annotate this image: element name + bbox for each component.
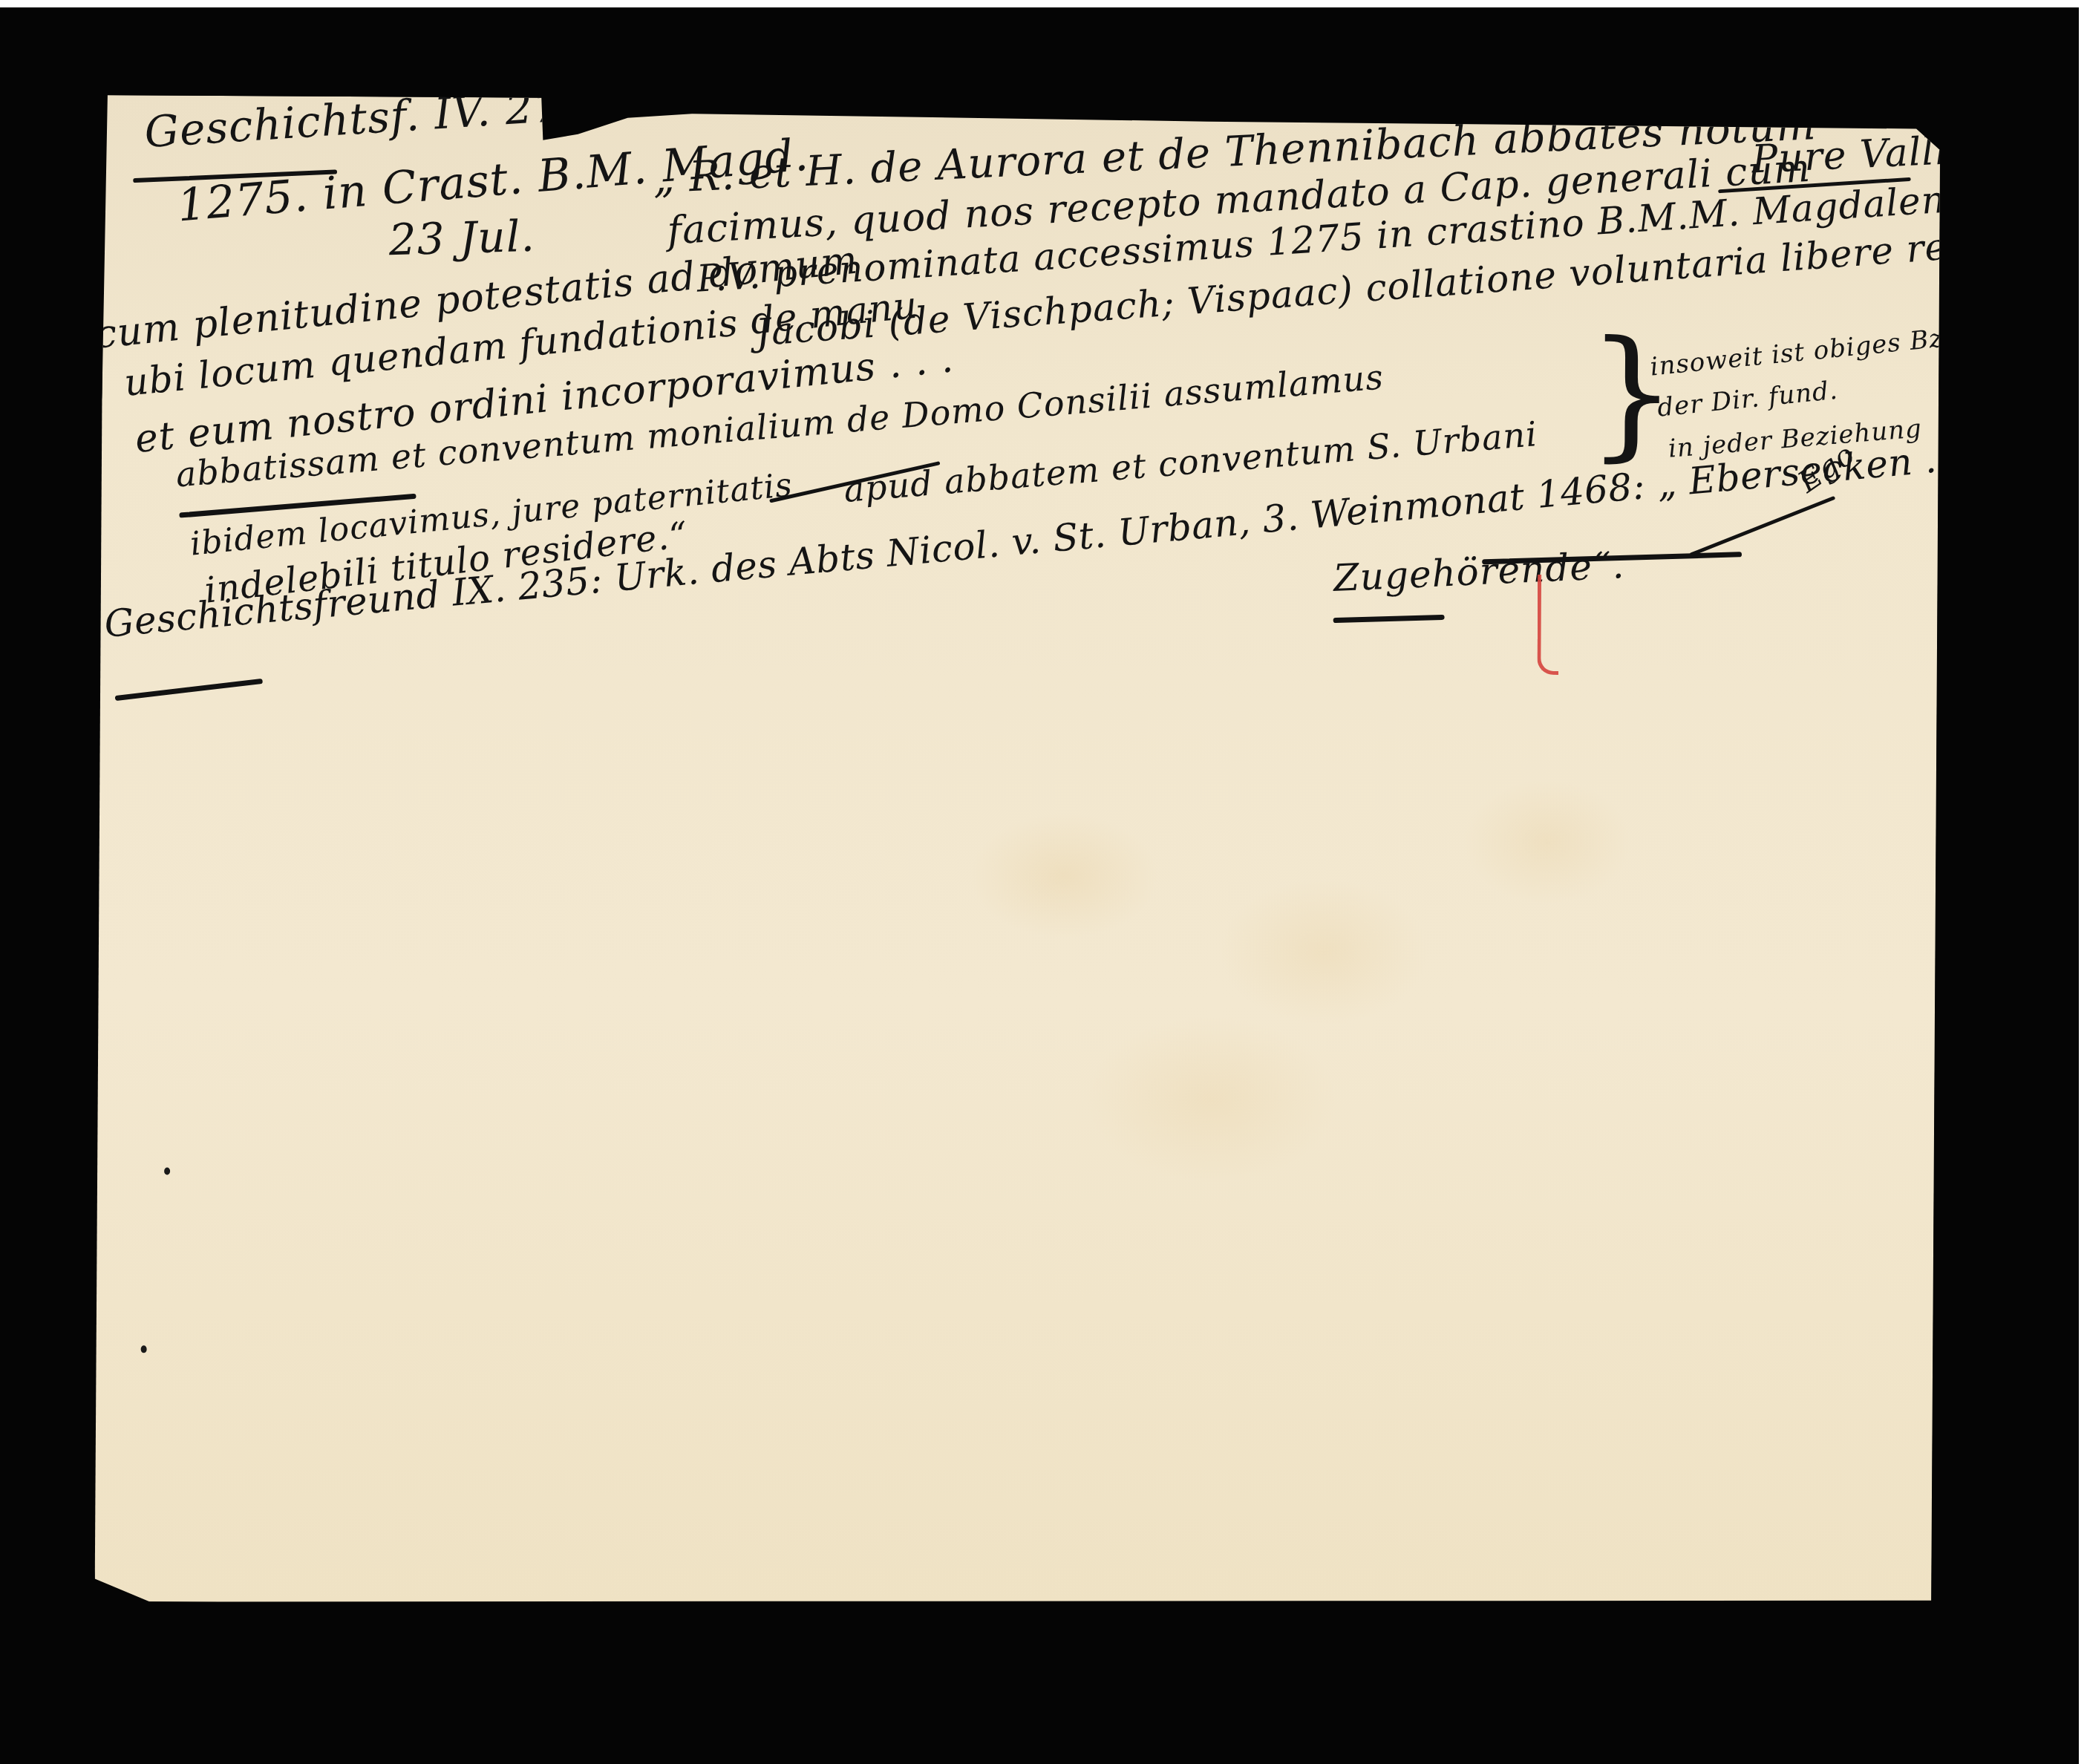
geschichtsfreund-underline [115, 679, 263, 701]
side-note-line-2: der Dir. fund. [1656, 376, 1839, 423]
side-note-line-1: insoweit ist obiges Bz. [1649, 323, 1953, 382]
red-pencil-mark [1537, 575, 1559, 675]
date-sub: 23 Jul. [388, 211, 536, 266]
ink-speck [141, 1345, 147, 1353]
quote-line-11: Zugehörende“. [1333, 543, 1626, 600]
zugehoerende-underline [1333, 615, 1445, 623]
side-note-swash [1689, 496, 1835, 557]
ink-speck [164, 1168, 170, 1175]
note-card: Geschichtsf. IV. 276. 1275. in Crast. B.… [95, 91, 1942, 1613]
ordens-wegen-underline [1608, 527, 1712, 530]
